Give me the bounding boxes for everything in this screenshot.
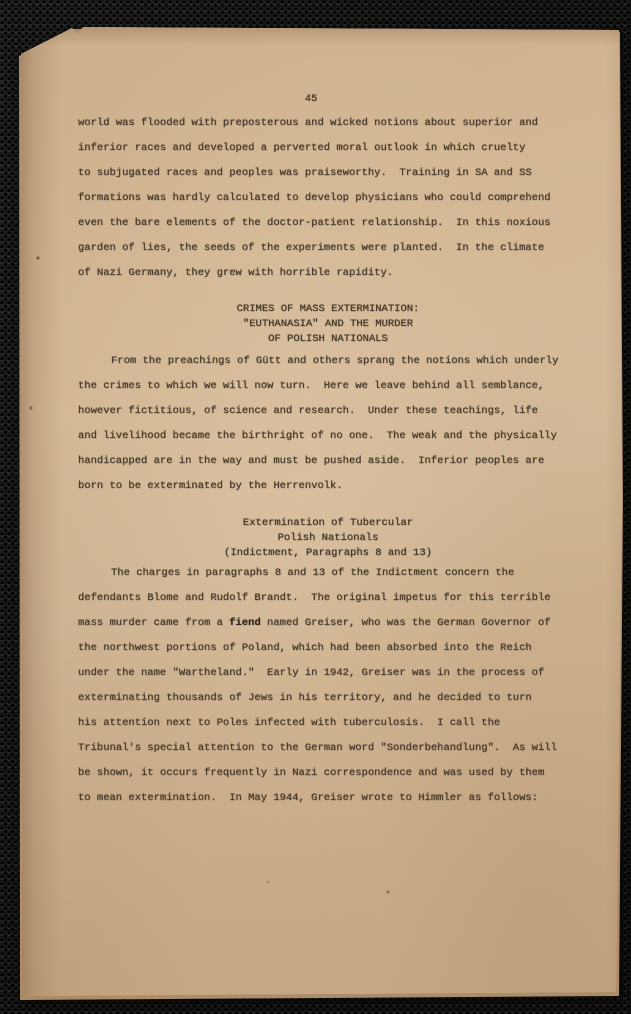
text-segment: mass murder came from a [78, 617, 229, 629]
text-line: the northwest portions of Poland, which … [78, 636, 560, 661]
section-heading-extermination-tubercular: Extermination of TubercularPolish Nation… [87, 516, 569, 561]
text-line: garden of lies, the seeds of the experim… [78, 236, 560, 261]
text-line: world was flooded with preposterous and … [78, 111, 560, 136]
page-number: 45 [70, 92, 552, 107]
text-line: however fictitious, of science and resea… [78, 399, 560, 424]
paper-sheet-wrapper: 45 world was flooded with preposterous a… [0, 0, 631, 1014]
paragraph-preachings: From the preachings of Gütt and others s… [78, 349, 560, 499]
text-line: to mean extermination. In May 1944, Grei… [78, 786, 560, 811]
text-line: the crimes to which we will now turn. He… [78, 374, 560, 399]
text-line: and livelihood became the birthright of … [78, 424, 560, 449]
section-heading-crimes-of-mass-extermination: CRIMES OF MASS EXTERMINATION:"EUTHANASIA… [87, 302, 569, 347]
text-line: formations was hardly calculated to deve… [78, 186, 560, 211]
text-line: of Nazi Germany, they grew with horrible… [78, 261, 560, 286]
photo-of-document: { "page": { "number": "45" }, "colors": … [0, 0, 631, 1014]
text-line: be shown, it occurs frequently in Nazi c… [78, 761, 560, 786]
text-line: "EUTHANASIA" AND THE MURDER [87, 317, 569, 332]
emphasized-word: fiend [229, 617, 261, 629]
text-line: (Indictment, Paragraphs 8 and 13) [87, 546, 569, 561]
text-line: to subjugated races and peoples was prai… [78, 161, 560, 186]
text-line: defendants Blome and Rudolf Brandt. The … [78, 586, 560, 611]
text-line: exterminating thousands of Jews in his t… [78, 686, 560, 711]
text-line: born to be exterminated by the Herrenvol… [78, 474, 560, 499]
text-line: his attention next to Poles infected wit… [78, 711, 560, 736]
text-line: under the name "Wartheland." Early in 19… [78, 661, 560, 686]
text-line: Tribunal's special attention to the Germ… [78, 736, 560, 761]
document-page: 45 world was flooded with preposterous a… [0, 0, 631, 1014]
text-line: mass murder came from a fiend named Grei… [78, 611, 560, 636]
text-line: inferior races and developed a perverted… [78, 136, 560, 161]
text-line: OF POLISH NATIONALS [87, 332, 569, 347]
text-line: From the preachings of Gütt and others s… [78, 349, 560, 374]
text-segment: named Greiser, who was the German Govern… [261, 617, 551, 629]
text-line: Extermination of Tubercular [87, 516, 569, 531]
paragraph-charges: The charges in paragraphs 8 and 13 of th… [78, 561, 560, 811]
text-line: even the bare elements of the doctor-pat… [78, 211, 560, 236]
text-line: CRIMES OF MASS EXTERMINATION: [87, 302, 569, 317]
paragraph-intro: world was flooded with preposterous and … [78, 111, 560, 286]
text-line: handicapped are in the way and must be p… [78, 449, 560, 474]
text-line: Polish Nationals [87, 531, 569, 546]
text-line: The charges in paragraphs 8 and 13 of th… [78, 561, 560, 586]
